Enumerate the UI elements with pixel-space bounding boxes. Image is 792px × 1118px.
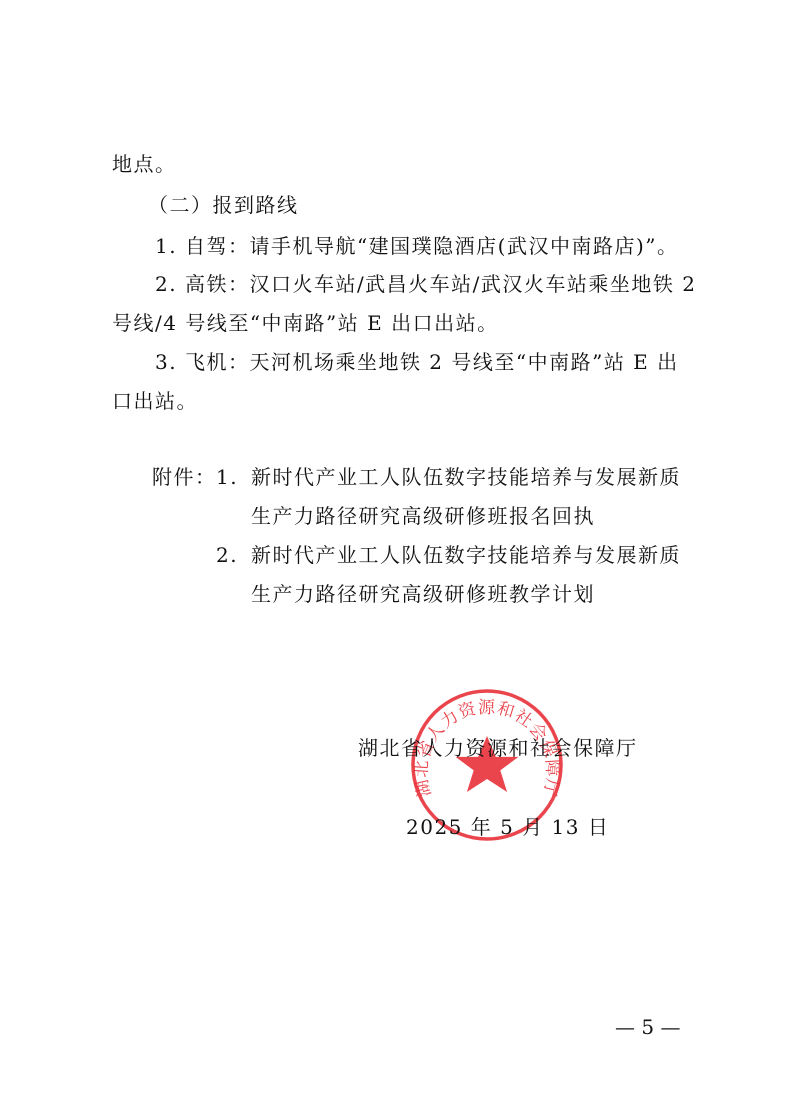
route-self-drive: 1. 自驾：请手机导航“建国璞隐酒店(武汉中南路店)”。: [155, 234, 679, 258]
section-heading: （二）报到路线: [148, 193, 299, 217]
route-airplane-line2: 口出站。: [112, 389, 198, 413]
route-high-speed-rail-line1: 2. 高铁：汉口火车站/武昌火车站/武汉火车站乘坐地铁 2: [155, 272, 697, 296]
attachments-label: 附件：: [152, 465, 217, 489]
signing-date: 2025 年 5 月 13 日: [406, 815, 609, 839]
route-airplane-line1: 3. 飞机：天河机场乘坐地铁 2 号线至“中南路”站 E 出: [155, 350, 679, 374]
attachment-2-title-line1: 新时代产业工人队伍数字技能培养与发展新质: [251, 543, 681, 567]
route-high-speed-rail-line2: 号线/4 号线至“中南路”站 E 出口出站。: [112, 311, 499, 335]
page-number: — 5 —: [615, 1015, 680, 1039]
signing-organization: 湖北省人力资源和社会保障厅: [358, 736, 638, 760]
attachment-1-title-line1: 新时代产业工人队伍数字技能培养与发展新质: [251, 465, 681, 489]
attachment-1-title-line2: 生产力路径研究高级研修班报名回执: [251, 504, 595, 528]
attachment-2-number: 2.: [216, 543, 238, 567]
attachment-2-title-line2: 生产力路径研究高级研修班教学计划: [251, 582, 595, 606]
body-line-location: 地点。: [112, 152, 177, 176]
attachment-1-number: 1.: [216, 465, 238, 489]
